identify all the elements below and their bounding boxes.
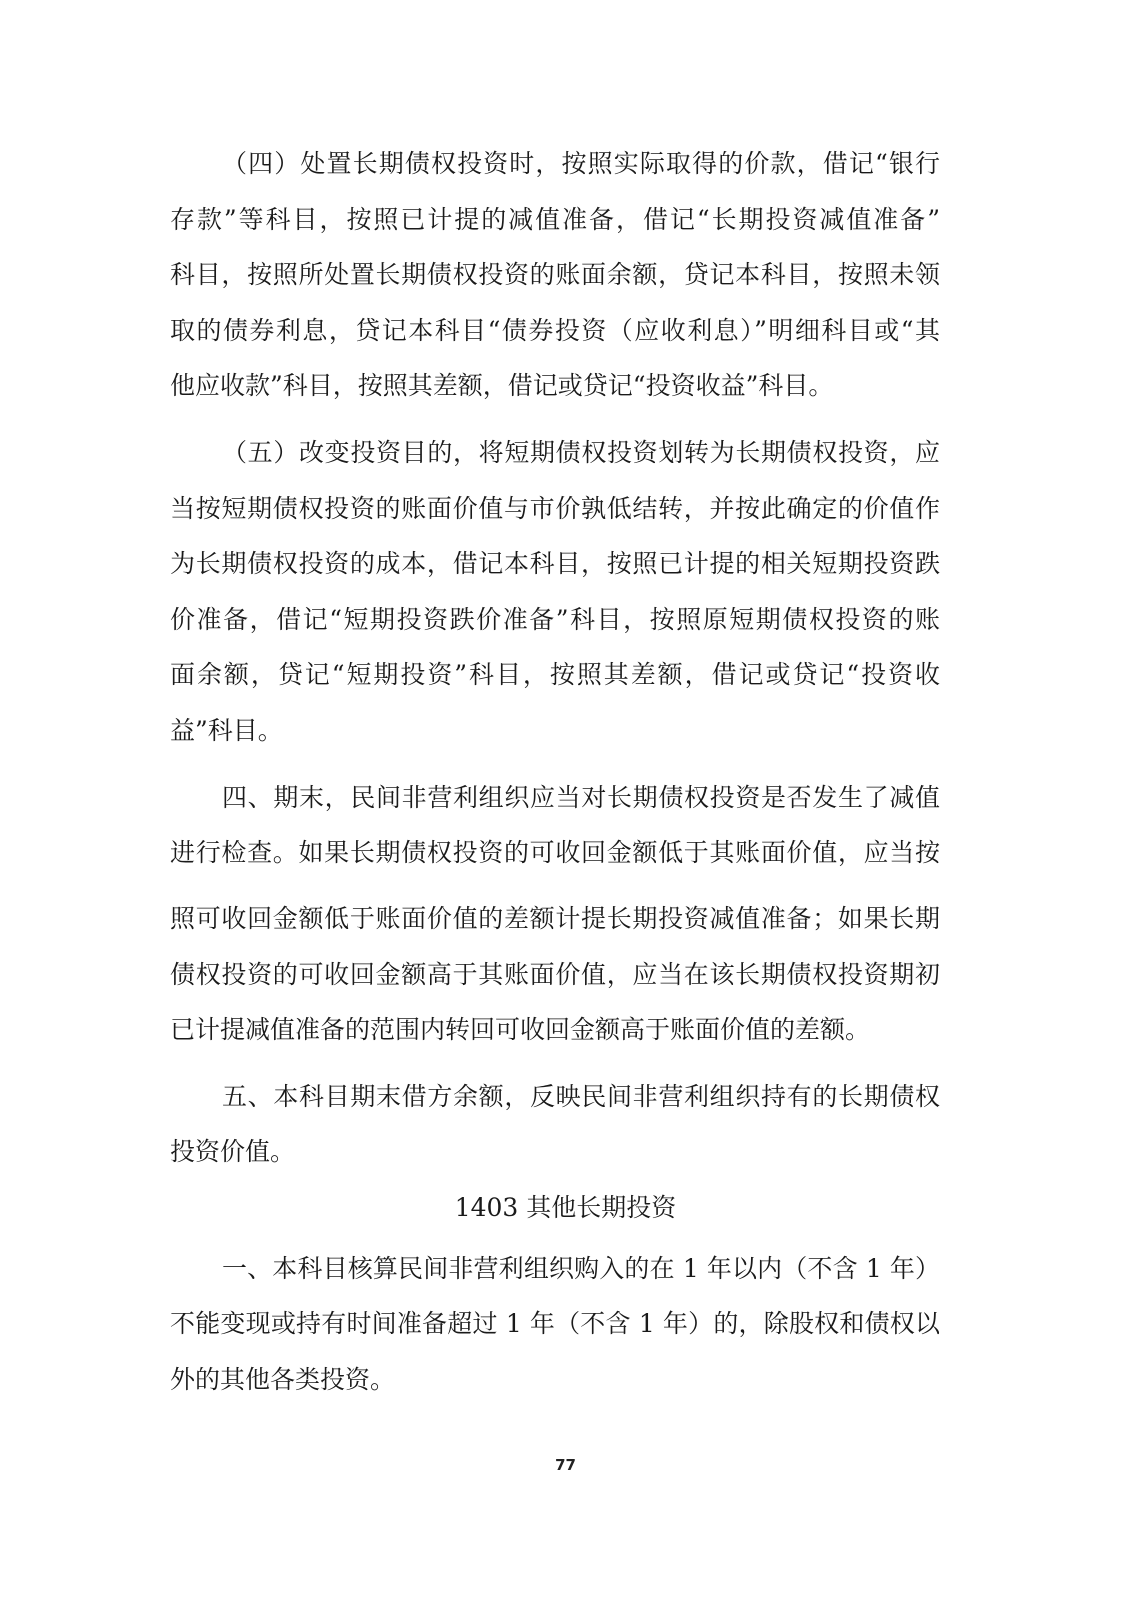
text-line: 价准备，借记“短期投资跌价准备”科目，按照原短期债权投资的账 [170, 605, 940, 635]
text-line: 益”科目。 [170, 716, 940, 746]
text-line: 进行检查。如果长期债权投资的可收回金额低于其账面价值，应当按 [170, 838, 940, 868]
text-line: 科目，按照所处置长期债权投资的账面余额，贷记本科目，按照未领 [170, 260, 940, 290]
text-line: 债权投资的可收回金额高于其账面价值，应当在该长期债权投资期初 [170, 960, 940, 990]
section-heading: 1403 其他长期投资 [0, 1193, 1131, 1223]
text-line: 不能变现或持有时间准备超过 1 年（不含 1 年）的，除股权和债权以 [170, 1309, 940, 1339]
text-line: （四）处置长期债权投资时，按照实际取得的价款，借记“银行 [222, 149, 940, 179]
text-line: 外的其他各类投资。 [170, 1365, 940, 1395]
text-line: 当按短期债权投资的账面价值与市价孰低结转，并按此确定的价值作 [170, 494, 940, 524]
text-line: 四、期末，民间非营利组织应当对长期债权投资是否发生了减值 [222, 783, 940, 813]
text-line: 为长期债权投资的成本，借记本科目，按照已计提的相关短期投资跌 [170, 549, 940, 579]
text-line: 已计提减值准备的范围内转回可收回金额高于账面价值的差额。 [170, 1015, 940, 1045]
text-line: 取的债券利息，贷记本科目“债券投资（应收利息）”明细科目或“其 [170, 316, 940, 346]
text-line: 投资价值。 [170, 1137, 940, 1167]
document-page: （四）处置长期债权投资时，按照实际取得的价款，借记“银行存款”等科目，按照已计提… [0, 0, 1131, 1600]
page-number: 77 [0, 1456, 1131, 1474]
text-line: 面余额，贷记“短期投资”科目，按照其差额，借记或贷记“投资收 [170, 660, 940, 690]
text-line: 他应收款”科目，按照其差额，借记或贷记“投资收益”科目。 [170, 371, 940, 401]
text-line: 一、本科目核算民间非营利组织购入的在 1 年以内（不含 1 年） [222, 1254, 940, 1284]
text-line: 照可收回金额低于账面价值的差额计提长期投资减值准备；如果长期 [170, 904, 940, 934]
text-line: （五）改变投资目的，将短期债权投资划转为长期债权投资，应 [222, 438, 940, 468]
text-line: 五、本科目期末借方余额，反映民间非营利组织持有的长期债权 [222, 1082, 940, 1112]
text-line: 存款”等科目，按照已计提的减值准备，借记“长期投资减值准备” [170, 205, 940, 235]
